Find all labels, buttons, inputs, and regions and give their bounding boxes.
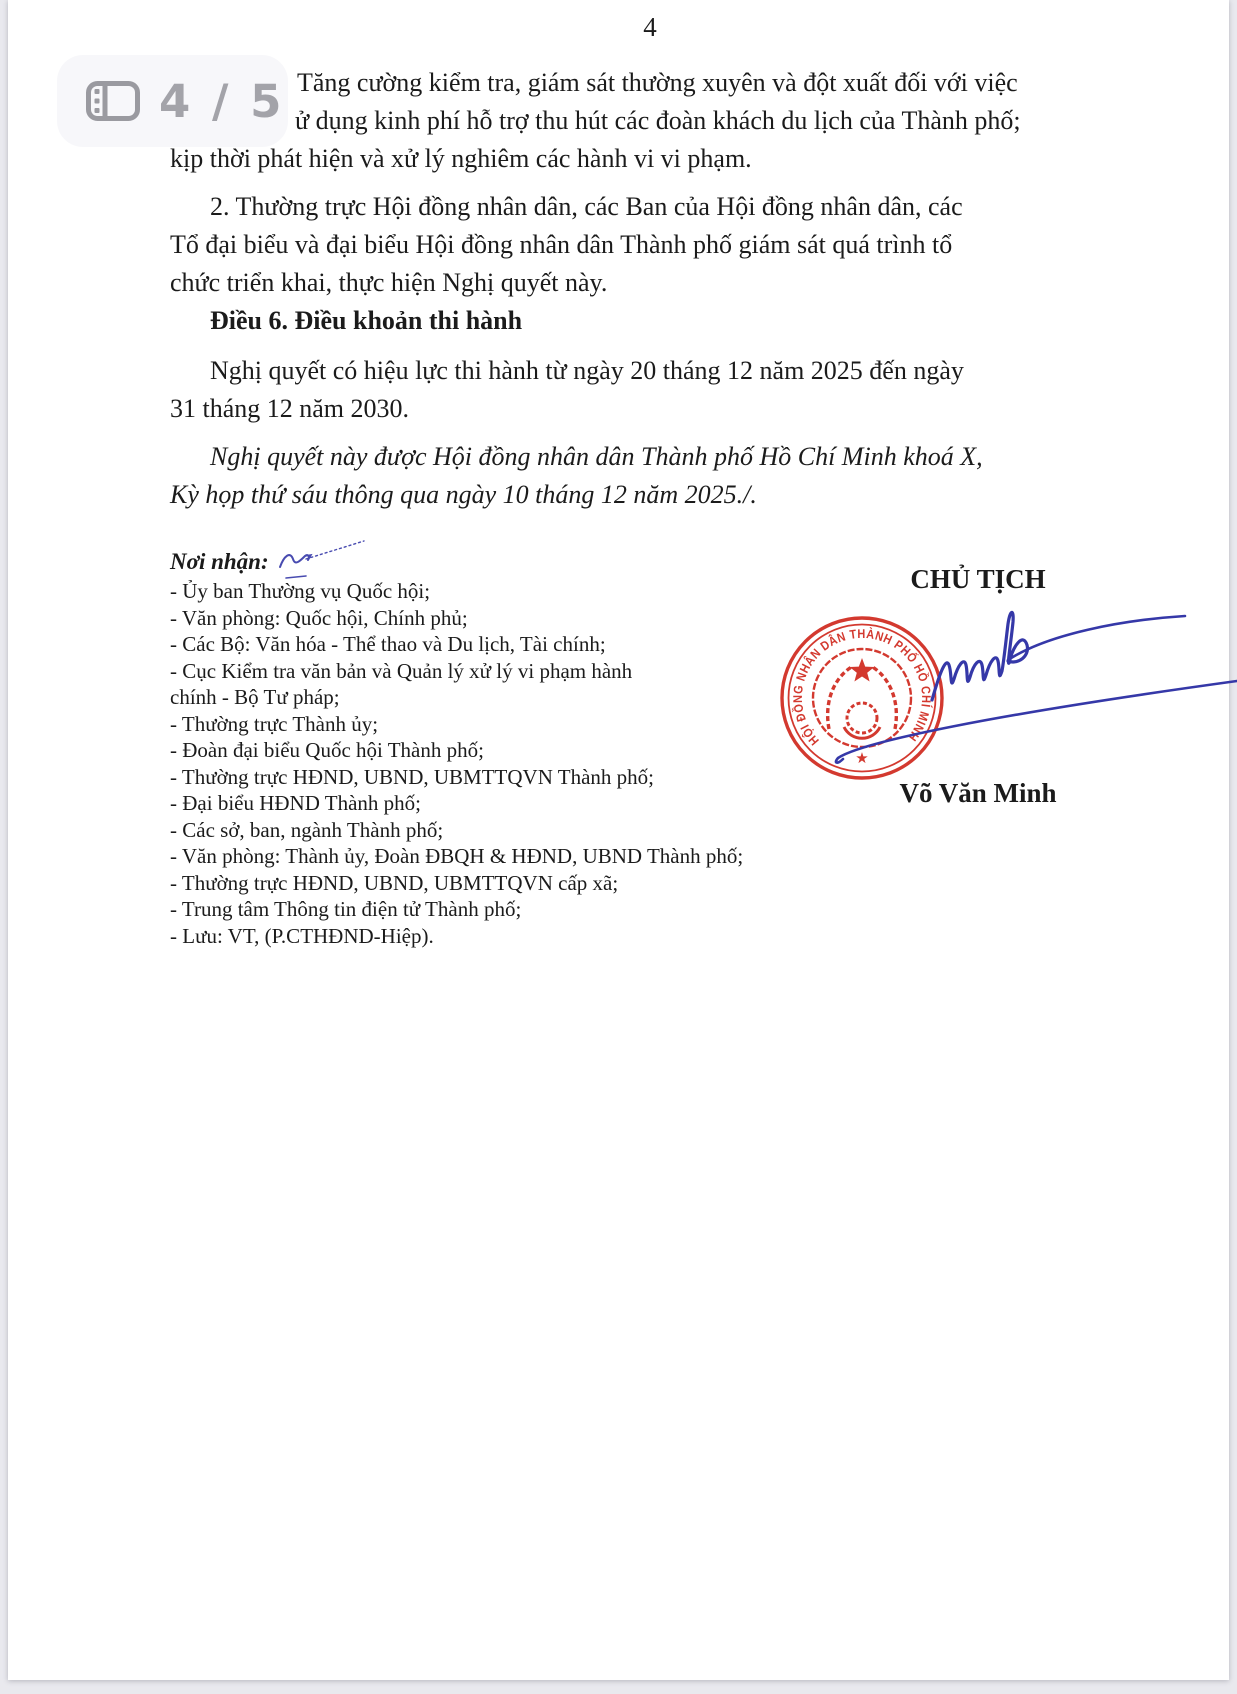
- recipient-line: - Các sở, ban, ngành Thành phố;: [170, 817, 840, 844]
- recipient-line: - Văn phòng: Thành ủy, Đoàn ĐBQH & HĐND,…: [170, 843, 840, 870]
- body-line: 31 tháng 12 năm 2030.: [170, 390, 409, 428]
- body-line: Tổ đại biểu và đại biểu Hội đồng nhân dâ…: [170, 226, 952, 264]
- page-indicator-label: 4 / 5: [159, 75, 284, 128]
- recipient-line: - Trung tâm Thông tin điện tử Thành phố;: [170, 896, 840, 923]
- recipient-line: - Đoàn đại biểu Quốc hội Thành phố;: [170, 737, 840, 764]
- recipient-line: - Lưu: VT, (P.CTHĐND-Hiệp).: [170, 923, 840, 950]
- body-line: 2. Thường trực Hội đồng nhân dân, các Ba…: [210, 188, 963, 226]
- recipient-line: - Thường trực Thành ủy;: [170, 711, 840, 738]
- recipient-line: - Thường trực HĐND, UBND, UBMTTQVN cấp x…: [170, 870, 840, 897]
- document-viewer: 4 Tăng cường kiểm tra, giám sát thường x…: [0, 0, 1237, 1694]
- page-indicator-pill[interactable]: 4 / 5: [57, 55, 288, 147]
- initials-ink: [272, 533, 392, 588]
- recipient-line: - Cục Kiểm tra văn bản và Quản lý xử lý …: [170, 658, 840, 685]
- body-line: chức triển khai, thực hiện Nghị quyết nà…: [170, 264, 607, 302]
- recipient-line: - Văn phòng: Quốc hội, Chính phủ;: [170, 605, 840, 632]
- recipients-list: - Ủy ban Thường vụ Quốc hội; - Văn phòng…: [170, 578, 840, 949]
- body-line-italic: Nghị quyết này được Hội đồng nhân dân Th…: [210, 438, 983, 476]
- recipient-line: - Thường trực HĐND, UBND, UBMTTQVN Thành…: [170, 764, 840, 791]
- body-line-italic: Kỳ họp thứ sáu thông qua ngày 10 tháng 1…: [170, 476, 757, 514]
- section-heading: Điều 6. Điều khoản thi hành: [210, 302, 522, 340]
- body-line: ử dụng kinh phí hỗ trợ thu hút các đoàn …: [295, 102, 1021, 140]
- page-number: 4: [615, 12, 685, 43]
- recipient-line: - Các Bộ: Văn hóa - Thể thao và Du lịch,…: [170, 631, 840, 658]
- body-line: Tăng cường kiểm tra, giám sát thường xuy…: [297, 64, 1018, 102]
- recipient-line: - Đại biểu HĐND Thành phố;: [170, 790, 840, 817]
- body-line: Nghị quyết có hiệu lực thi hành từ ngày …: [210, 352, 964, 390]
- recipient-line: chính - Bộ Tư pháp;: [170, 684, 840, 711]
- recipients-label: Nơi nhận:: [170, 549, 269, 575]
- page-thumbnails-icon: [85, 80, 141, 122]
- recipient-line: - Ủy ban Thường vụ Quốc hội;: [170, 578, 840, 605]
- signature-ink: [750, 560, 1237, 790]
